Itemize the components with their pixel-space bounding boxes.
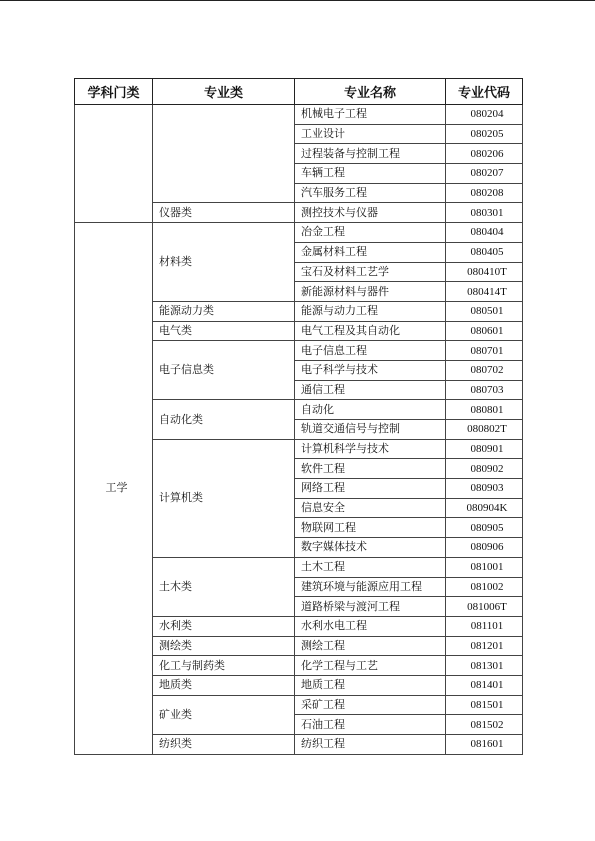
major-name-cell: 冶金工程 (295, 223, 446, 243)
major-name-cell: 新能源材料与器件 (295, 282, 446, 302)
major-name-cell: 计算机科学与技术 (295, 439, 446, 459)
category-cell: 测绘类 (153, 636, 295, 656)
major-code-cell: 080903 (446, 479, 523, 499)
major-name-cell: 能源与动力工程 (295, 301, 446, 321)
category-cell: 水利类 (153, 616, 295, 636)
major-name-cell: 自动化 (295, 400, 446, 420)
major-name-cell: 过程装备与控制工程 (295, 144, 446, 164)
major-name-cell: 建筑环境与能源应用工程 (295, 577, 446, 597)
major-code-cell: 081401 (446, 675, 523, 695)
majors-table: 学科门类 专业类 专业名称 专业代码 机械电子工程080204工业设计08020… (74, 78, 523, 755)
major-name-cell: 金属材料工程 (295, 242, 446, 262)
major-name-cell: 道路桥梁与渡河工程 (295, 597, 446, 617)
category-cell (153, 105, 295, 203)
major-name-cell: 信息安全 (295, 498, 446, 518)
major-code-cell: 080901 (446, 439, 523, 459)
category-cell: 仪器类 (153, 203, 295, 223)
header-row: 学科门类 专业类 专业名称 专业代码 (75, 79, 523, 105)
major-code-cell: 080414T (446, 282, 523, 302)
category-cell: 矿业类 (153, 695, 295, 734)
category-cell: 化工与制药类 (153, 656, 295, 676)
category-cell: 地质类 (153, 675, 295, 695)
major-code-cell: 081006T (446, 597, 523, 617)
major-name-cell: 车辆工程 (295, 164, 446, 184)
major-code-cell: 080905 (446, 518, 523, 538)
major-name-cell: 地质工程 (295, 675, 446, 695)
major-code-cell: 081201 (446, 636, 523, 656)
header-major-code: 专业代码 (446, 79, 523, 105)
page-top-rule (0, 0, 595, 1)
category-cell: 电气类 (153, 321, 295, 341)
major-code-cell: 080501 (446, 301, 523, 321)
major-name-cell: 工业设计 (295, 124, 446, 144)
major-code-cell: 081101 (446, 616, 523, 636)
category-cell: 土木类 (153, 557, 295, 616)
major-code-cell: 080801 (446, 400, 523, 420)
major-name-cell: 汽车服务工程 (295, 183, 446, 203)
category-cell: 自动化类 (153, 400, 295, 439)
major-name-cell: 物联网工程 (295, 518, 446, 538)
major-name-cell: 石油工程 (295, 715, 446, 735)
major-name-cell: 网络工程 (295, 479, 446, 499)
major-code-cell: 080702 (446, 360, 523, 380)
major-code-cell: 081001 (446, 557, 523, 577)
major-code-cell: 080301 (446, 203, 523, 223)
major-name-cell: 纺织工程 (295, 735, 446, 755)
major-code-cell: 080404 (446, 223, 523, 243)
table-body: 机械电子工程080204工业设计080205过程装备与控制工程080206车辆工… (75, 105, 523, 755)
discipline-cell (75, 105, 153, 223)
major-code-cell: 081002 (446, 577, 523, 597)
category-cell: 材料类 (153, 223, 295, 302)
major-name-cell: 电子信息工程 (295, 341, 446, 361)
category-cell: 能源动力类 (153, 301, 295, 321)
major-code-cell: 080904K (446, 498, 523, 518)
major-name-cell: 轨道交通信号与控制 (295, 420, 446, 440)
major-code-cell: 080207 (446, 164, 523, 184)
major-name-cell: 机械电子工程 (295, 105, 446, 125)
major-code-cell: 080601 (446, 321, 523, 341)
major-name-cell: 数字媒体技术 (295, 538, 446, 558)
major-name-cell: 水利水电工程 (295, 616, 446, 636)
major-code-cell: 081502 (446, 715, 523, 735)
header-major-name: 专业名称 (295, 79, 446, 105)
major-code-cell: 080902 (446, 459, 523, 479)
major-name-cell: 通信工程 (295, 380, 446, 400)
major-code-cell: 080802T (446, 420, 523, 440)
major-code-cell: 080703 (446, 380, 523, 400)
major-code-cell: 081601 (446, 735, 523, 755)
major-code-cell: 081501 (446, 695, 523, 715)
major-name-cell: 软件工程 (295, 459, 446, 479)
header-discipline: 学科门类 (75, 79, 153, 105)
major-name-cell: 化学工程与工艺 (295, 656, 446, 676)
major-code-cell: 080205 (446, 124, 523, 144)
major-code-cell: 080405 (446, 242, 523, 262)
discipline-cell: 工学 (75, 223, 153, 755)
major-code-cell: 080410T (446, 262, 523, 282)
major-name-cell: 测绘工程 (295, 636, 446, 656)
major-code-cell: 080701 (446, 341, 523, 361)
major-name-cell: 电子科学与技术 (295, 360, 446, 380)
table-row: 工学材料类冶金工程080404 (75, 223, 523, 243)
category-cell: 计算机类 (153, 439, 295, 557)
major-code-cell: 081301 (446, 656, 523, 676)
major-code-cell: 080208 (446, 183, 523, 203)
major-name-cell: 宝石及材料工艺学 (295, 262, 446, 282)
major-code-cell: 080204 (446, 105, 523, 125)
major-name-cell: 电气工程及其自动化 (295, 321, 446, 341)
table-row: 机械电子工程080204 (75, 105, 523, 125)
category-cell: 电子信息类 (153, 341, 295, 400)
major-name-cell: 采矿工程 (295, 695, 446, 715)
major-code-cell: 080206 (446, 144, 523, 164)
major-name-cell: 测控技术与仪器 (295, 203, 446, 223)
major-name-cell: 土木工程 (295, 557, 446, 577)
header-category: 专业类 (153, 79, 295, 105)
category-cell: 纺织类 (153, 735, 295, 755)
major-code-cell: 080906 (446, 538, 523, 558)
